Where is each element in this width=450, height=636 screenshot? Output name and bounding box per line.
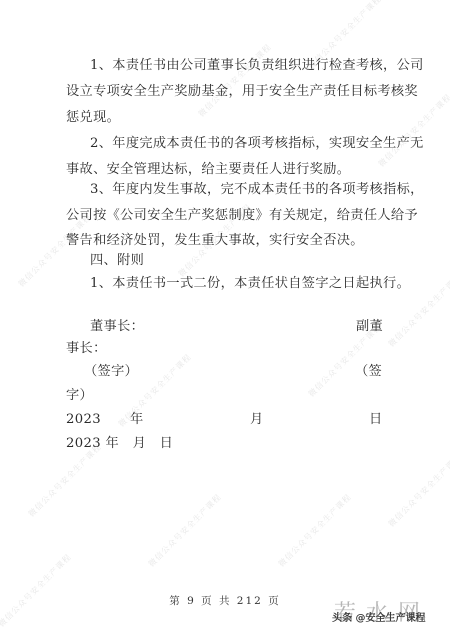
date-line-2: 2023 年 月 日: [66, 436, 173, 452]
signature-left: （签字）: [84, 364, 138, 380]
watermark-text: 微信公众号安全生产课程: [196, 42, 274, 120]
vice-chairman-label-continued: 事长：: [66, 341, 107, 357]
document-page: 微信公众号安全生产课程 微信公众号安全生产课程 微信公众号安全生产课程 微信公众…: [0, 0, 450, 636]
watermark-text: 微信公众号安全生产课程: [0, 552, 74, 630]
section-heading: 四、附则: [90, 253, 144, 269]
date-day-unit: 日: [369, 412, 383, 428]
paragraph-2-line-1: 2、年度完成本责任书的各项考核指标，实现安全生产无: [90, 136, 424, 152]
watermark-text: 微信公众号安全生产课程: [386, 452, 450, 530]
watermark-text: 微信公众号安全生产课程: [376, 92, 450, 170]
date-year: 2023: [66, 412, 101, 428]
paragraph-2-line-2: 事故、安全管理达标，给主要责任人进行奖励。: [66, 162, 350, 178]
watermark-text: 微信公众号安全生产课程: [146, 492, 224, 570]
paragraph-3-line-3: 警告和经济处罚，发生重大事故，实行安全否决。: [66, 233, 364, 249]
paragraph-1-line-1: 1、本责任书由公司董事长负责组织进行检查考核，公司: [90, 58, 424, 74]
date-year-unit: 年: [130, 412, 144, 428]
watermark-text: 微信公众号安全生产课程: [276, 492, 354, 570]
signature-right: （签: [355, 364, 382, 380]
paragraph-1-line-2: 设立专项安全生产奖励基金，用于安全生产责任目标考核奖: [66, 84, 418, 100]
paragraph-3-line-2: 公司按《公司安全生产奖惩制度》有关规定，给责任人给予: [66, 208, 418, 224]
date-month-unit: 月: [250, 412, 264, 428]
paragraph-1-line-3: 惩兑现。: [66, 110, 120, 126]
watermark-text: 微信公众号安全生产课程: [26, 442, 104, 520]
signature-right-continued: 字）: [66, 388, 93, 404]
section-4-item-1: 1、本责任书一式二份，本责任状自签字之日起执行。: [90, 276, 410, 292]
site-logo-overlay: 若水网 头条 @安全生产课程: [330, 596, 445, 632]
paragraph-3-line-1: 3、年度内发生事故，完不成本责任书的各项考核指标，: [90, 182, 424, 198]
vice-chairman-label: 副董: [356, 319, 383, 335]
chairman-label: 董事长：: [90, 319, 144, 335]
source-attribution: 头条 @安全生产课程: [332, 609, 425, 624]
